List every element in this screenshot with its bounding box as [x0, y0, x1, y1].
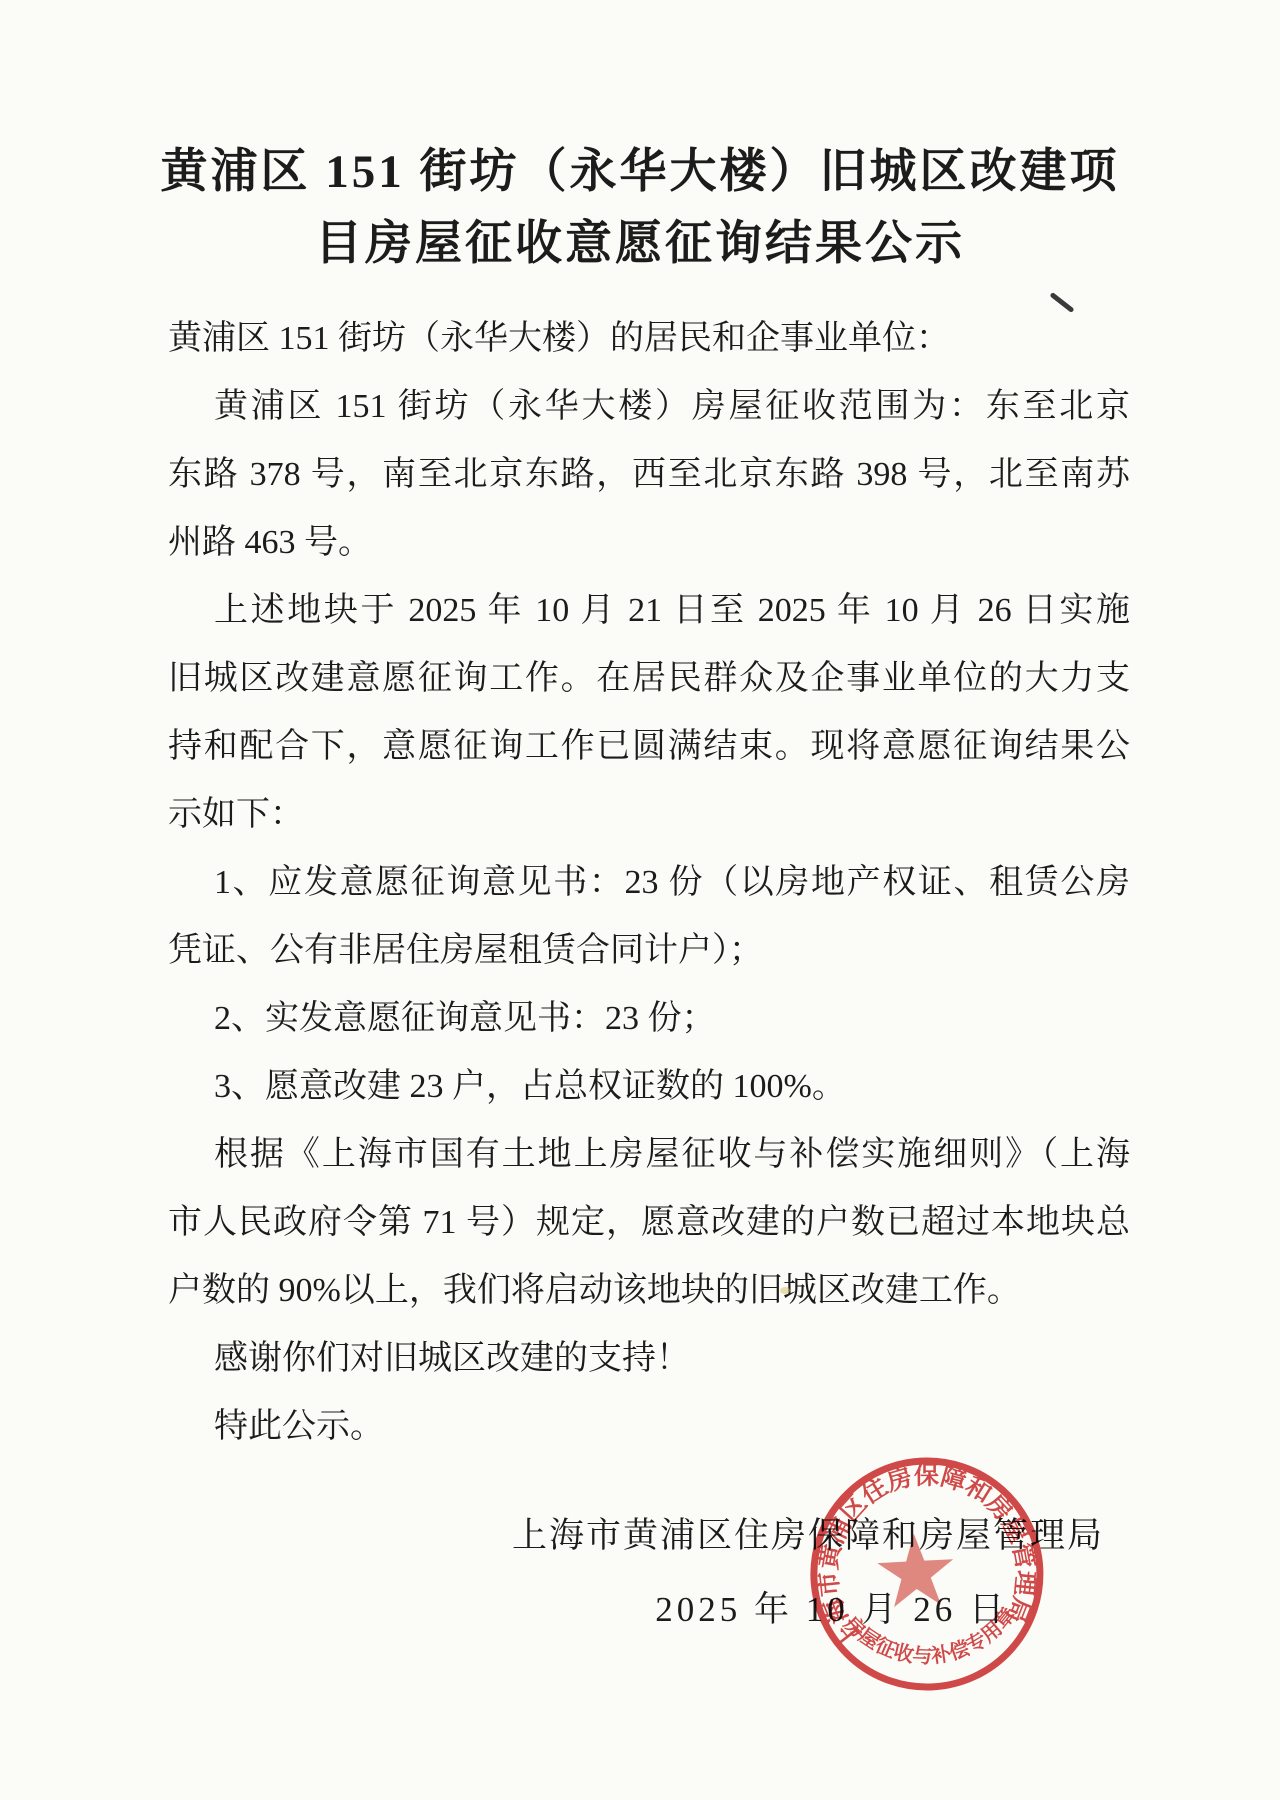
body-line: 2、实发意愿征询意见书：23 份；	[168, 985, 1130, 1053]
body-line: 1、应发意愿征询意见书：23 份（以房地产权证、租赁公房	[168, 849, 1130, 917]
body-text: 黄浦区 151 街坊（永华大楼）的居民和企事业单位： 黄浦区 151 街坊（永华…	[168, 305, 1130, 1461]
seal-star-icon	[876, 1532, 956, 1608]
document-title: 黄浦区 151 街坊（永华大楼）旧城区改建项 目房屋征收意愿征询结果公示	[0, 136, 1280, 280]
body-line: 上述地块于 2025 年 10 月 21 日至 2025 年 10 月 26 日…	[168, 577, 1130, 645]
body-line: 凭证、公有非居住房屋租赁合同计户）；	[168, 917, 1130, 985]
body-line: 3、愿意改建 23 户，占总权证数的 100%。	[168, 1053, 1130, 1121]
paper-speck-artifact	[780, 1287, 790, 1294]
salutation-line: 黄浦区 151 街坊（永华大楼）的居民和企事业单位：	[168, 305, 1130, 373]
document-title-line1: 黄浦区 151 街坊（永华大楼）旧城区改建项	[0, 136, 1280, 208]
body-line: 黄浦区 151 街坊（永华大楼）房屋征收范围为：东至北京	[168, 373, 1130, 441]
document-title-line2: 目房屋征收意愿征询结果公示	[0, 208, 1280, 280]
body-line: 市人民政府令第 71 号）规定，愿意改建的户数已超过本地块总	[168, 1189, 1130, 1257]
body-line: 州路 463 号。	[168, 509, 1130, 577]
official-seal: 上海市黄浦区住房保障和房屋管理局 房屋征收与补偿专用章	[796, 1442, 1057, 1711]
body-line: 根据《上海市国有土地上房屋征收与补偿实施细则》（上海	[168, 1121, 1130, 1189]
body-line: 东路 378 号，南至北京东路，西至北京东路 398 号，北至南苏	[168, 441, 1130, 509]
body-line: 示如下：	[168, 781, 1130, 849]
body-line: 持和配合下，意愿征询工作已圆满结束。现将意愿征询结果公	[168, 713, 1130, 781]
body-line: 户数的 90%以上，我们将启动该地块的旧城区改建工作。	[168, 1257, 1130, 1325]
body-lines: 黄浦区 151 街坊（永华大楼）房屋征收范围为：东至北京东路 378 号，南至北…	[168, 373, 1130, 1461]
body-line: 感谢你们对旧城区改建的支持！	[168, 1325, 1130, 1393]
body-line: 旧城区改建意愿征询工作。在居民群众及企事业单位的大力支	[168, 645, 1130, 713]
